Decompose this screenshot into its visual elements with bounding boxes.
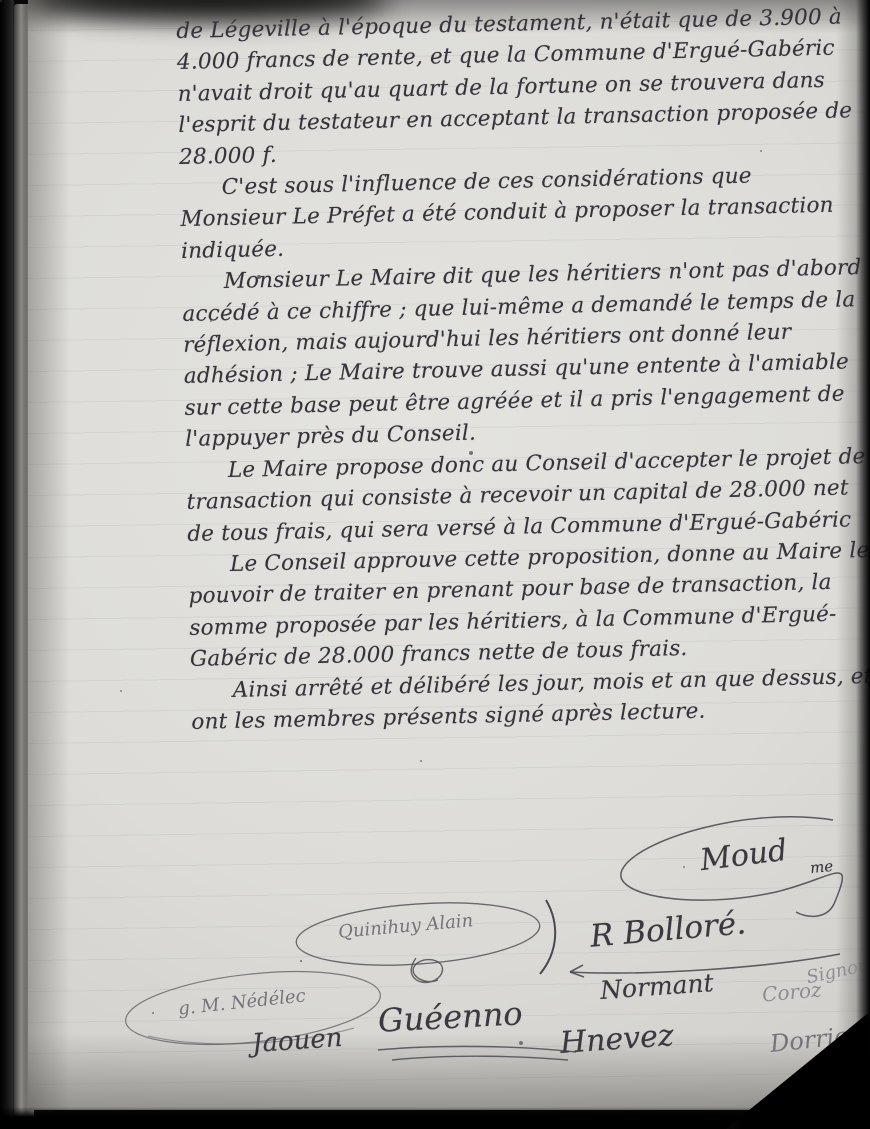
manuscript-text-block: de Légeville à l'époque du testament, n'… bbox=[176, 1, 870, 738]
manuscript-paragraph: Le Conseil approuve cette proposition, d… bbox=[188, 535, 870, 675]
manuscript-paragraph: Monsieur Le Maire dit que les héritiers … bbox=[181, 252, 867, 455]
manuscript-paragraph: C'est sous l'influence de ces considérat… bbox=[179, 158, 863, 267]
manuscript-paragraph: Le Maire propose donc au Conseil d'accep… bbox=[186, 441, 870, 550]
manuscript-paragraph: de Légeville à l'époque du testament, n'… bbox=[176, 1, 861, 173]
right-page-curve-shadow bbox=[856, 0, 870, 1129]
photograph-of-manuscript-page: de Légeville à l'époque du testament, n'… bbox=[0, 0, 870, 1129]
ink-specks bbox=[0, 0, 2, 2]
